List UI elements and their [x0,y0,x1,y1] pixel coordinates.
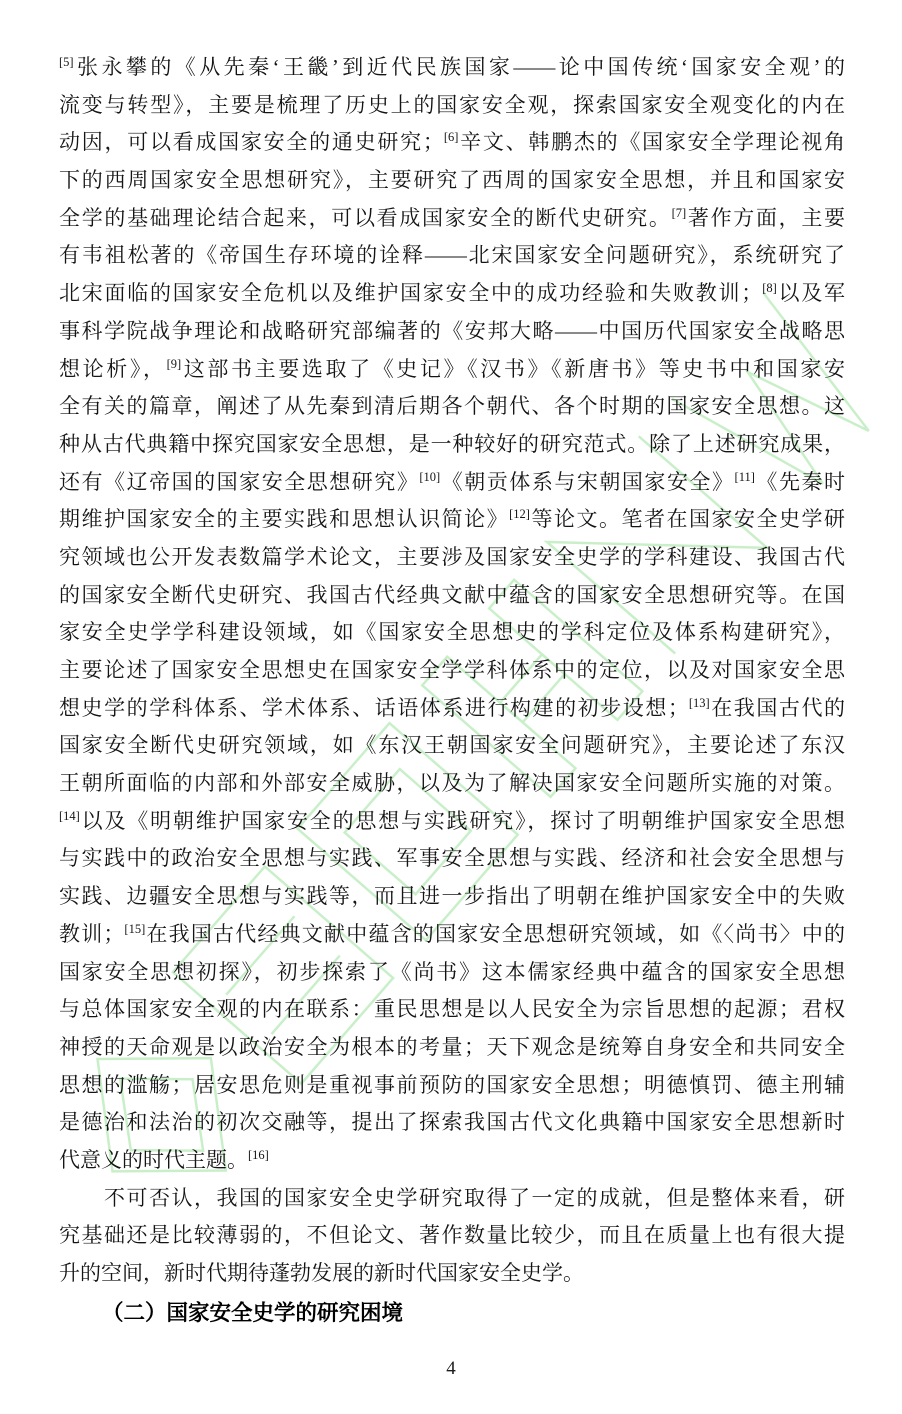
text-line: 究基础还是比较薄弱的，不但论文、著作数量比较少，而且在质量上也有很大提 [59,1217,845,1255]
text-line: 代意义的时代主题。[16] [59,1142,845,1180]
paragraph-lines: [5]张永攀的《从先秦‘王畿’到近代民族国家——论中国传统‘国家安全观’的流变与… [59,49,845,1293]
text-line: 神授的天命观是以政治安全为根本的考量；天下观念是统筹自身安全和共同安全 [59,1029,845,1067]
text-line: 是德治和法治的初次交融等，提出了探索我国古代文化典籍中国家安全思想新时 [59,1104,845,1142]
text-line: 升的空间，新时代期待蓬勃发展的新时代国家安全史学。 [59,1255,845,1293]
text-line: 有韦祖松著的《帝国生存环境的诠释——北宋国家安全问题研究》，系统研究了 [59,237,845,275]
text-line: 还有《辽帝国的国家安全思想研究》[10]《朝贡体系与宋朝国家安全》[11]《先秦… [59,464,845,502]
text-line: 王朝所面临的内部和外部安全威胁，以及为了解决国家安全问题所实施的对策。 [59,765,845,803]
text-line: 全学的基础理论结合起来，可以看成国家安全的断代史研究。[7]著作方面，主要 [59,200,845,238]
text-line: 期维护国家安全的主要实践和思想认识简论》[12]等论文。笔者在国家安全史学研 [59,501,845,539]
text-line: 想史学的学科体系、学术体系、话语体系进行构建的初步设想；[13]在我国古代的 [59,690,845,728]
section-heading: （二）国家安全史学的研究困境 [59,1293,845,1333]
text-line: 不可否认，我国的国家安全史学研究取得了一定的成就，但是整体来看，研 [59,1180,845,1218]
text-line: 家安全史学学科建设领域，如《国家安全思想史的学科定位及体系构建研究》， [59,614,845,652]
text-line: 种从古代典籍中探究国家安全思想，是一种较好的研究范式。除了上述研究成果， [59,426,845,464]
text-line: [5]张永攀的《从先秦‘王畿’到近代民族国家——论中国传统‘国家安全观’的 [59,49,845,87]
text-line: 想论析》，[9]这部书主要选取了《史记》《汉书》《新唐书》等史书中和国家安 [59,351,845,389]
body-text: [5]张永攀的《从先秦‘王畿’到近代民族国家——论中国传统‘国家安全观’的流变与… [59,49,845,1333]
text-line: 国家安全思想初探》，初步探索了《尚书》这本儒家经典中蕴含的国家安全思想 [59,954,845,992]
text-line: 流变与转型》，主要是梳理了历史上的国家安全观，探索国家安全观变化的内在 [59,87,845,125]
text-line: 国家安全断代史研究领域，如《东汉王朝国家安全问题研究》，主要论述了东汉 [59,727,845,765]
text-line: 实践、边疆安全思想与实践等，而且进一步指出了明朝在维护国家安全中的失败 [59,878,845,916]
text-line: 动因，可以看成国家安全的通史研究；[6]辛文、韩鹏杰的《国家安全学理论视角 [59,124,845,162]
text-line: 下的西周国家安全思想研究》，主要研究了西周的国家安全思想，并且和国家安 [59,162,845,200]
text-line: 思想的滥觞；居安思危则是重视事前预防的国家安全思想；明德慎罚、德主刑辅 [59,1067,845,1105]
text-line: 全有关的篇章，阐述了从先秦到清后期各个朝代、各个时期的国家安全思想。这 [59,388,845,426]
text-line: 教训；[15]在我国古代经典文献中蕴含的国家安全思想研究领域，如《〈尚书〉中的 [59,916,845,954]
text-line: 北宋面临的国家安全危机以及维护国家安全中的成功经验和失败教训；[8]以及军 [59,275,845,313]
text-line: 与总体国家安全观的内在联系：重民思想是以人民安全为宗旨思想的起源；君权 [59,991,845,1029]
text-line: 究领域也公开发表数篇学术论文，主要涉及国家安全史学的学科建设、我国古代 [59,539,845,577]
text-line: 事科学院战争理论和战略研究部编著的《安邦大略——中国历代国家安全战略思 [59,313,845,351]
document-page: [5]张永攀的《从先秦‘王畿’到近代民族国家——论中国传统‘国家安全观’的流变与… [0,0,902,1414]
text-line: [14]以及《明朝维护国家安全的思想与实践研究》，探讨了明朝维护国家安全思想 [59,803,845,841]
page-number: 4 [0,1358,902,1380]
text-line: 主要论述了国家安全思想史在国家安全学学科体系中的定位，以及对国家安全思 [59,652,845,690]
text-line: 与实践中的政治安全思想与实践、军事安全思想与实践、经济和社会安全思想与 [59,840,845,878]
text-line: 的国家安全断代史研究、我国古代经典文献中蕴含的国家安全思想研究等。在国 [59,577,845,615]
